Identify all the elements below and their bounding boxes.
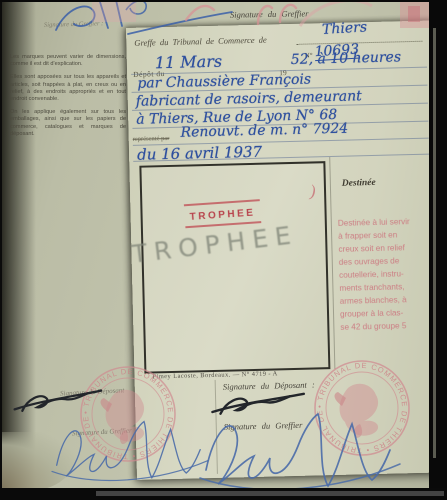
trophee-pencil-text: TROPHEE bbox=[130, 220, 299, 269]
signature-divider-line bbox=[215, 380, 218, 474]
deposant-signature-label: Signature du Déposant : bbox=[223, 379, 315, 391]
scanner-bed-strip bbox=[96, 491, 444, 496]
destinee-header: Destinée bbox=[342, 178, 376, 189]
trophee-red-stamp-text: TROPHEE bbox=[189, 207, 255, 222]
left-greffier-label: Signature du Greffier bbox=[72, 426, 132, 437]
page-edge-sliver bbox=[433, 28, 436, 458]
margin-paragraph: Elles sont apposées sur tous les apparei… bbox=[10, 74, 126, 103]
scanned-trademark-certificate: Signature du Greffier Signature du Greff… bbox=[0, 0, 447, 500]
margin-paragraph: Les marques peuvent varier de dimensions… bbox=[10, 54, 126, 68]
trophee-red-stamp: TROPHEE bbox=[184, 199, 261, 228]
previous-sheet-greffier-label: Signature du Greffier bbox=[230, 8, 309, 19]
margin-paragraph: On les applique également sur tous les e… bbox=[10, 109, 126, 138]
margin-instructions: Les marques peuvent varier de dimensions… bbox=[10, 54, 126, 144]
form-rule bbox=[133, 138, 429, 146]
greffier-signature-label: Signature du Greffier bbox=[224, 420, 303, 432]
fold-crease-line bbox=[329, 157, 335, 369]
left-deposant-label: Signature du Déposant bbox=[60, 386, 125, 397]
trademark-box: TROPHEE ) TROPHEE bbox=[139, 161, 330, 373]
page-curl bbox=[2, 432, 80, 490]
scan-black-edge-top bbox=[0, 0, 447, 2]
scan-black-edge-right bbox=[429, 0, 447, 500]
handwritten-time: 52, à 10 heures bbox=[291, 49, 402, 68]
handwritten-date: 11 Mars bbox=[155, 52, 223, 73]
destinee-line: se 42 du groupe 5 bbox=[340, 319, 432, 334]
previous-sheet-greffier-label-left: Signature du Greffier : bbox=[44, 20, 103, 29]
destinee-typed-text: Destinée à lui servir à frapper soit en … bbox=[338, 215, 433, 334]
certificate-sheet: Greffe du Tribunal de Commerce de Thiers… bbox=[126, 21, 443, 480]
represente-label-struck: représenté par bbox=[133, 135, 170, 143]
stray-red-mark: ) bbox=[308, 181, 318, 202]
greffe-header-label: Greffe du Tribunal de Commerce de bbox=[134, 35, 267, 48]
handwritten-city: Thiers bbox=[322, 19, 368, 38]
